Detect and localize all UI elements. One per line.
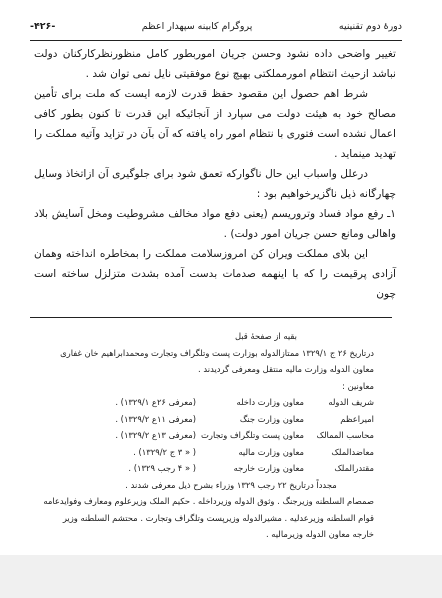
deputy-date: ( « ۴ رجب ۱۳۲۹) . <box>40 460 196 477</box>
deputy-post: معاون وزارت جنگ <box>196 411 304 428</box>
reintroduction-note: مجدداً درتاریخ ۲۲ رجب ۱۳۲۹ وزراء بشرح ذی… <box>40 477 392 494</box>
ministers-list: صمصام السلطنه وزیرجنگ . وثوق الدوله وزیر… <box>40 493 392 543</box>
header-title: پروگرام کابینه سپهدار اعظم <box>55 21 339 32</box>
deputy-row: مقتدرالملک معاون وزارت خارجه ( « ۴ رجب ۱… <box>40 460 392 477</box>
deputy-row: امیراعظم معاون وزارت جنگ (معرفی ۱۱ع ۱۳۲۹… <box>40 411 392 428</box>
page-header: دورهٔ دوم تقنینیه پروگرام کابینه سپهدار … <box>30 15 402 37</box>
deputy-date: (معرفی ۱۱ع ۱۳۲۹/۲) . <box>40 411 196 428</box>
header-divider <box>30 40 402 41</box>
header-section: دورهٔ دوم تقنینیه <box>339 21 402 32</box>
deputy-row: معاضدالملک معاون وزارت مالیه ( « ۳ ج ۱۳۲… <box>40 444 392 461</box>
scan-margin <box>0 555 442 598</box>
deputy-name: مقتدرالملک <box>304 460 374 477</box>
deputies-label: معاونین : <box>40 378 392 395</box>
document-page: دورهٔ دوم تقنینیه پروگرام کابینه سپهدار … <box>0 0 442 555</box>
deputy-row: محاسب الممالک معاون پست وتلگراف وتجارت (… <box>40 427 392 444</box>
deputy-date: (معرفی ۲۶ع ۱۳۲۹/۱) . <box>40 394 196 411</box>
paragraph: درعلل واسباب این حال ناگوارکه تعمق شود ب… <box>34 164 396 204</box>
deputy-post: معاون پست وتلگراف وتجارت <box>196 427 304 444</box>
deputy-post: معاون وزارت مالیه <box>196 444 304 461</box>
deputy-date: ( « ۳ ج ۱۳۲۹/۲) . <box>40 444 196 461</box>
deputy-name: معاضدالملک <box>304 444 374 461</box>
deputy-name: امیراعظم <box>304 411 374 428</box>
deputy-post: معاون وزارت داخله <box>196 394 304 411</box>
paragraph: تغییر واضحی داده نشود وحسن جریان اموربطو… <box>34 44 396 84</box>
deputy-row: شریف الدوله معاون وزارت داخله (معرفی ۲۶ع… <box>40 394 392 411</box>
continued-note: بقیه از صفحهٔ قبل <box>40 328 392 345</box>
body-text: تغییر واضحی داده نشود وحسن جریان اموربطو… <box>34 44 396 304</box>
paragraph: این بلای مملکت ویران کن امروزسلامت مملکت… <box>34 244 396 304</box>
numbered-item: ۱ـ رفع مواد فساد وتروریسم (یعنی دفع مواد… <box>34 204 396 244</box>
deputy-name: شریف الدوله <box>304 394 374 411</box>
footnote-divider <box>30 317 392 318</box>
page-number: -۴۲۶- <box>30 21 55 32</box>
deputy-date: (معرفی ۱۳ع ۱۳۲۹/۲) . <box>40 427 196 444</box>
footnote: بقیه از صفحهٔ قبل درتاریخ ۲۶ ج ۱۳۲۹/۱ مم… <box>40 328 392 543</box>
deputy-name: محاسب الممالک <box>304 427 374 444</box>
paragraph: شرط اهم حصول این مقصود حفظ قدرت لازمه ای… <box>34 84 396 164</box>
deputy-post: معاون وزارت خارجه <box>196 460 304 477</box>
footnote-intro: درتاریخ ۲۶ ج ۱۳۲۹/۱ ممتازالدوله بوزارت پ… <box>40 345 392 378</box>
